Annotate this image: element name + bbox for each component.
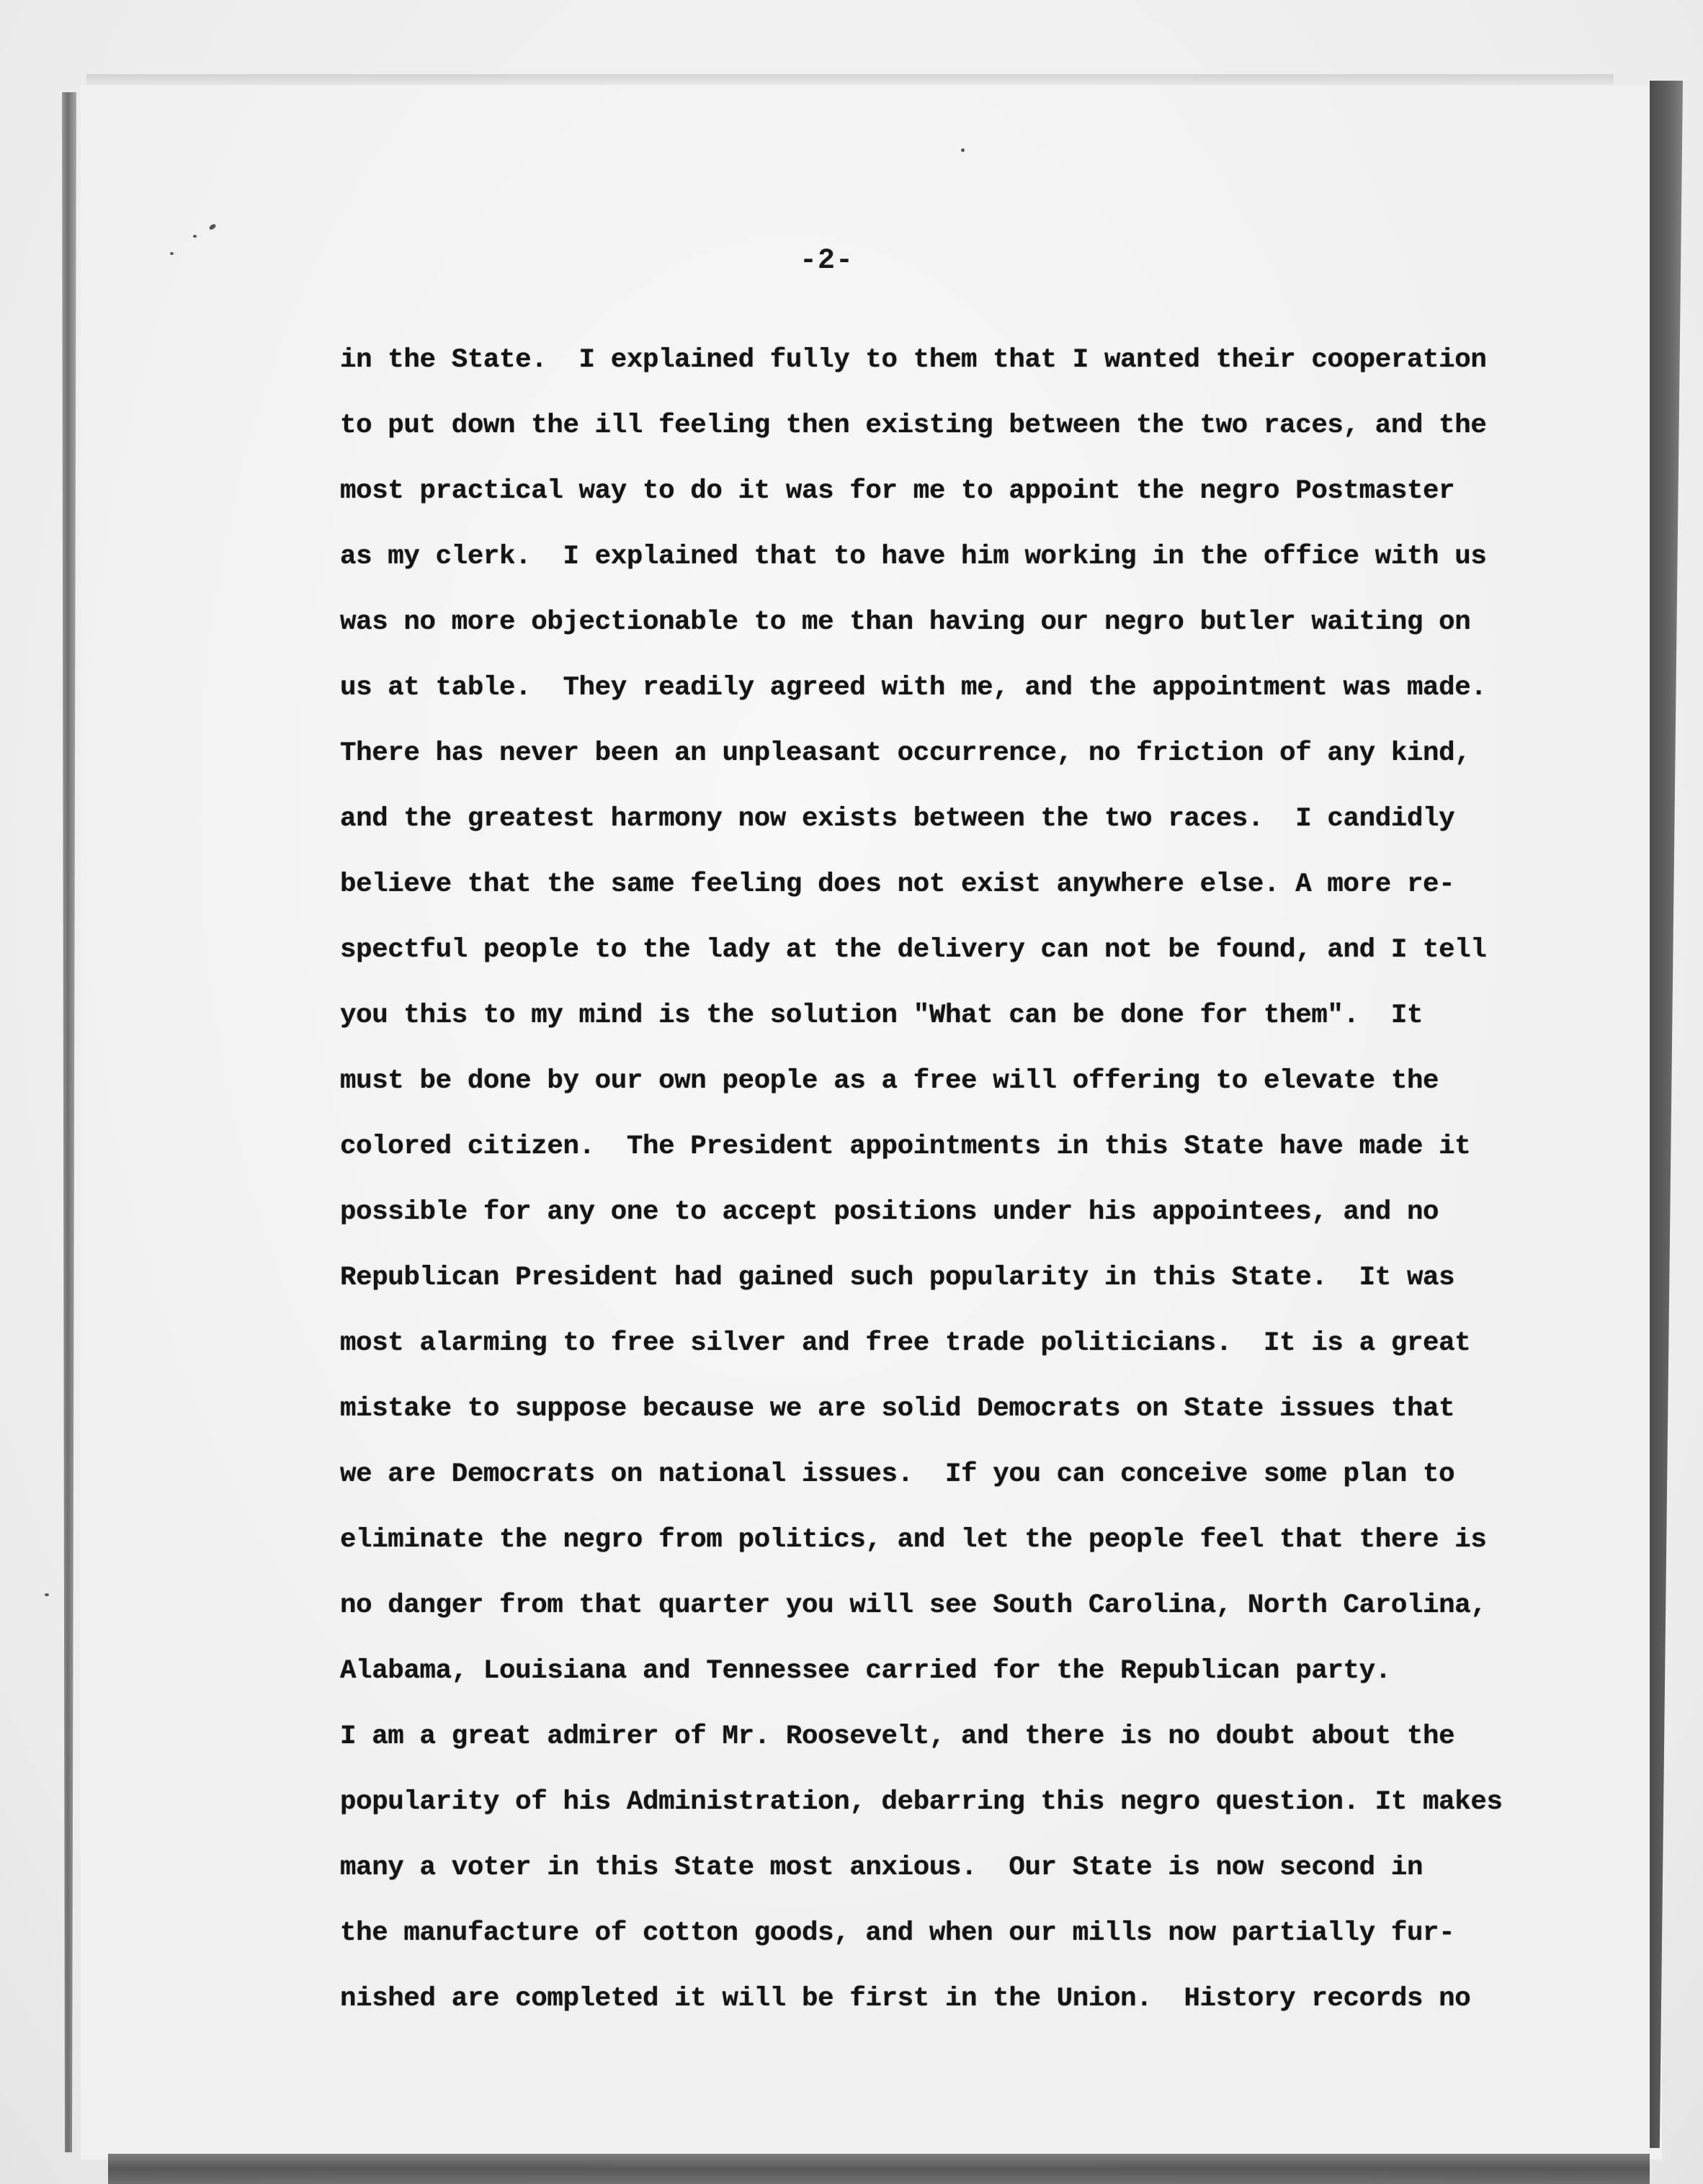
text-line: most alarming to free silver and free tr…	[340, 1322, 1579, 1387]
text-line: most practical way to do it was for me t…	[340, 470, 1579, 535]
text-line: we are Democrats on national issues. If …	[340, 1453, 1579, 1518]
text-line: as my clerk. I explained that to have hi…	[340, 535, 1579, 601]
ink-speck	[170, 252, 174, 255]
text-line: possible for any one to accept positions…	[340, 1191, 1579, 1256]
text-line: nished are completed it will be first in…	[340, 1977, 1579, 2043]
ink-speck	[45, 1593, 49, 1596]
text-line: colored citizen. The President appointme…	[340, 1125, 1579, 1191]
text-line: us at table. They readily agreed with me…	[340, 666, 1579, 732]
text-line: eliminate the negro from politics, and l…	[340, 1518, 1579, 1584]
page-bottom-edge-shadow	[108, 2154, 1650, 2184]
text-line: spectful people to the lady at the deliv…	[340, 928, 1579, 994]
text-line: There has never been an unpleasant occur…	[340, 732, 1579, 797]
letter-body-text: in the State. I explained fully to them …	[340, 339, 1579, 2043]
text-line: I am a great admirer of Mr. Roosevelt, a…	[340, 1715, 1579, 1781]
text-line: popularity of his Administration, debarr…	[340, 1781, 1579, 1846]
text-line: many a voter in this State most anxious.…	[340, 1846, 1579, 1912]
text-line: was no more objectionable to me than hav…	[340, 601, 1579, 666]
text-line: the manufacture of cotton goods, and whe…	[340, 1912, 1579, 1977]
text-line: believe that the same feeling does not e…	[340, 863, 1579, 928]
text-line: mistake to suppose because we are solid …	[340, 1387, 1579, 1453]
page-top-edge	[86, 74, 1614, 86]
text-line: must be done by our own people as a free…	[340, 1060, 1579, 1125]
text-line: no danger from that quarter you will see…	[340, 1584, 1579, 1650]
ink-speck	[193, 235, 197, 238]
text-line: and the greatest harmony now exists betw…	[340, 797, 1579, 863]
text-line: in the State. I explained fully to them …	[340, 339, 1579, 404]
text-line: to put down the ill feeling then existin…	[340, 404, 1579, 470]
text-line: you this to my mind is the solution "Wha…	[340, 994, 1579, 1060]
text-line: Republican President had gained such pop…	[340, 1256, 1579, 1322]
ink-speck	[961, 148, 965, 152]
text-line: Alabama, Louisiana and Tennessee carried…	[340, 1650, 1579, 1715]
page-number: -2-	[800, 245, 854, 277]
